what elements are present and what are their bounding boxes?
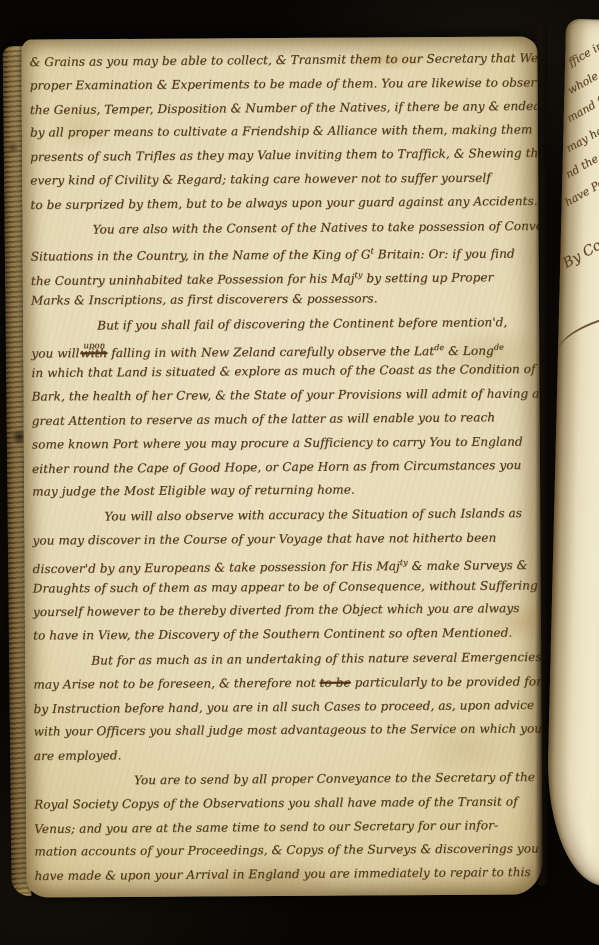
manuscript-line: Royal Society Copys of the Observations … [34,790,540,817]
manuscript-line: to be surprized by them, but to be alway… [30,190,536,218]
manuscript-line: the Country uninhabited take Possession … [31,262,537,290]
manuscript-segment: may Arise not to be foreseen, & therefor… [33,675,319,691]
manuscript-line: proper Examination & Experiments to be m… [30,71,536,98]
manuscript-segment: Situations in the Country, in the Name o… [31,248,371,264]
manuscript-line: either round the Cape of Good Hope, or C… [32,453,538,481]
manuscript-segment: & make Surveys & [408,558,528,573]
manuscript-segment: falling in with New Zeland carefully obs… [107,344,434,360]
manuscript-line: You will also observe with accuracy the … [32,502,538,530]
manuscript-line: great Attention to reserve as much of th… [32,406,538,434]
manuscript-sup-segment: ty [400,558,408,567]
manuscript-paragraph: & Grains as you may be able to collect, … [29,47,536,217]
manuscript-photo: & Grains as you may be able to collect, … [0,0,599,945]
manuscript-sup-segment: ty [354,271,362,280]
manuscript-line: are employed. [34,741,540,769]
manuscript-line: every kind of Civility & Regard; taking … [30,166,536,193]
manuscript-line: may judge the Most Eligible way of retur… [32,478,538,505]
manuscript-line: You are to send by all proper Conveyance… [34,766,540,794]
manuscript-line: But if you shall fail of discovering the… [31,311,537,339]
manuscript-text: & Grains as you may be able to collect, … [29,47,540,889]
manuscript-line: the Genius, Temper, Disposition & Number… [30,95,536,123]
manuscript-sup-segment: de [434,343,444,352]
manuscript-left-page: & Grains as you may be able to collect, … [21,36,542,897]
manuscript-line: may Arise not to be foreseen, & therefor… [33,670,539,697]
manuscript-ins-segment: upon [83,341,105,351]
manuscript-paragraph: You are also with the Consent of the Nat… [30,215,537,313]
manuscript-line: discover'd by any Europeans & take posse… [33,550,539,578]
manuscript-segment: by setting up Proper [362,270,493,285]
manuscript-paragraph: But if you shall fail of discovering the… [31,311,538,504]
manuscript-segment: you will [31,346,83,360]
right-page-text: ffice in ordewhole Coursemand frommay ha… [545,19,599,886]
manuscript-line: in which that Land is situated & explore… [31,358,537,386]
manuscript-line: to have in View, the Discovery of the So… [33,622,539,649]
manuscript-line: You are also with the Consent of the Nat… [30,214,536,242]
manuscript-line: Venus; and you are at the same time to s… [34,813,540,841]
manuscript-strike-segment: to be [319,675,350,689]
manuscript-line: Marks & Inscriptions, as first discovere… [31,286,537,313]
manuscript-right-page: ffice in ordewhole Coursemand frommay ha… [545,19,599,886]
book-gutter [535,24,547,886]
right-page-fragment: By Comm [560,224,599,272]
manuscript-line: have made & upon your Arrival in England… [34,861,540,889]
manuscript-line: yourself however to be thereby diverted … [33,597,539,625]
manuscript-segment: & Long [444,343,494,357]
manuscript-line: by Instruction before hand, you are in a… [33,693,539,721]
manuscript-line: & Grains as you may be able to collect, … [29,47,535,75]
manuscript-segment: Britain: Or: if you find [374,247,515,262]
manuscript-segment: the Country uninhabited take Possession … [31,272,355,289]
manuscript-paragraph: You are to send by all proper Conveyance… [34,766,541,888]
manuscript-sup-segment: de [494,342,504,351]
manuscript-line: But for as much as in an undertaking of … [33,646,539,674]
manuscript-line: you may discover in the Course of your V… [32,526,538,553]
manuscript-paragraph: But for as much as in an undertaking of … [33,646,540,768]
right-page-fragment: ffice in orde [566,25,599,69]
manuscript-paragraph: You will also observe with accuracy the … [32,503,539,649]
manuscript-segment: particularly to be provided for [351,674,542,689]
manuscript-segment: discover'd by any Europeans & take posse… [33,559,400,576]
manuscript-line: presents of such Trifles as they may Val… [30,142,536,170]
manuscript-line: some known Port where you may procure a … [32,430,538,457]
manuscript-line: Bark, the health of her Crew, & the Stat… [31,383,537,410]
